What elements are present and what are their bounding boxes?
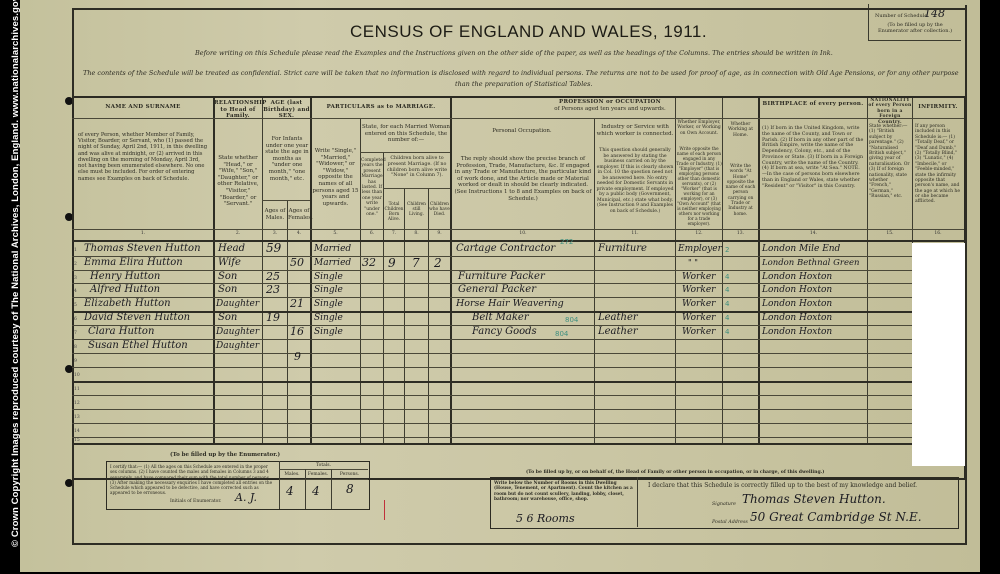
females-label: Females. <box>305 472 331 478</box>
employment-status: Worker <box>682 285 715 295</box>
row-number: 3 <box>74 276 77 281</box>
row-divider <box>72 437 964 438</box>
age-male: 19 <box>266 311 280 324</box>
divider <box>72 443 74 543</box>
relationship: Head <box>218 243 245 254</box>
children-died: 2 <box>434 256 442 270</box>
person-name: Clara Hutton <box>88 326 154 337</box>
occupation: Horse Hair Weavering <box>456 298 564 309</box>
birthplace: London Hoxton <box>762 327 832 337</box>
birthplace: London Hoxton <box>762 299 832 309</box>
header-children-total: Total Children Born Alive. <box>384 202 404 223</box>
row-number: 1 <box>74 248 77 253</box>
marital-status: Single <box>314 285 343 295</box>
divider <box>383 188 450 189</box>
relationship: Wife <box>218 257 241 268</box>
occupation-code: 804 <box>555 330 568 338</box>
industry: Leather <box>598 326 638 337</box>
row-number: 12 <box>74 401 80 406</box>
occupation: Furniture Packer <box>458 271 545 282</box>
header-married-woman-desc: State, for each Married Woman entered on… <box>362 124 450 144</box>
signature-label: Signature <box>712 502 736 508</box>
row-divider <box>72 367 964 368</box>
relationship: Son <box>218 312 237 323</box>
divider <box>428 188 429 443</box>
person-name: David Steven Hutton <box>84 312 190 323</box>
header-age: AGE (last Birthday) and SEX. <box>263 100 310 120</box>
divider <box>404 188 405 443</box>
rooms-value: 5 6 Rooms <box>516 512 575 525</box>
postal-address: 50 Great Cambridge St N.E. <box>750 510 922 524</box>
instruction-line-2: The contents of the Schedule will be tre… <box>83 69 959 77</box>
children-born: 9 <box>388 256 396 270</box>
page-title: CENSUS OF ENGLAND AND WALES, 1911. <box>350 22 707 42</box>
header-children-desc: Children born alive to present Marriage.… <box>384 156 450 179</box>
col-number: 1. <box>74 231 212 236</box>
age-male: 25 <box>266 270 280 283</box>
header-name-desc: of every Person, whether Member of Famil… <box>78 132 210 182</box>
header-children-died: Children who have Died. <box>429 202 450 217</box>
header-years-married: Completed years the present Marriage has… <box>361 158 383 217</box>
age-female: 9 <box>294 350 301 363</box>
employment-status: Worker <box>682 299 715 309</box>
header-employer-desc: Write opposite the name of each person e… <box>676 146 722 227</box>
col-number: 16. <box>913 231 963 236</box>
children-living: 7 <box>412 256 420 270</box>
employment-status: " " <box>688 258 698 267</box>
header-age-males: Ages of Males. <box>263 208 287 221</box>
age-female: 21 <box>290 297 304 310</box>
header-infirmity: INFIRMITY. <box>913 104 963 111</box>
industry: Furniture <box>598 243 647 254</box>
divider <box>965 5 967 545</box>
row-divider <box>72 409 964 410</box>
relationship: Son <box>218 271 237 282</box>
schedule-number-label: Number of Schedule <box>875 13 927 19</box>
row-divider <box>72 381 964 383</box>
row-number: 8 <box>74 345 77 350</box>
employment-code: 4 <box>725 286 729 294</box>
age-male: 59 <box>266 241 281 255</box>
col-number: 11. <box>595 231 675 236</box>
birthplace: London Hoxton <box>762 272 832 282</box>
marital-status: Single <box>314 299 343 309</box>
row-divider <box>72 395 964 396</box>
employment-status: Employer <box>678 244 722 254</box>
col-number: 2. <box>214 231 262 236</box>
header-personal-occupation-desc: The reply should show the precise branch… <box>454 156 592 202</box>
age-female: 50 <box>290 256 304 269</box>
employment-code: 4 <box>725 314 729 322</box>
divider <box>279 479 368 480</box>
header-personal-occupation: Personal Occupation. <box>452 128 592 135</box>
relationship: Daughter <box>216 341 259 351</box>
header-industry-desc: This question should generally be answer… <box>596 148 674 214</box>
header-marriage: PARTICULARS as to MARRIAGE. <box>311 104 451 111</box>
row-number: 6 <box>74 317 77 322</box>
row-number: 7 <box>74 331 77 336</box>
col-number: 7. <box>384 231 404 236</box>
col-number: 6. <box>361 231 383 236</box>
row-divider <box>72 256 964 257</box>
row-divider <box>72 339 964 340</box>
header-occupation-subtitle: of Persons aged ten years and upwards. <box>540 106 680 113</box>
marital-status: Married <box>314 244 351 254</box>
header-marriage-status-desc: Write "Single," "Married," "Widower," or… <box>312 148 359 207</box>
col-number: 9. <box>429 231 450 236</box>
row-divider <box>72 353 964 354</box>
row-number: 11 <box>74 387 80 392</box>
col-number: 3. <box>263 231 287 236</box>
relationship: Daughter <box>216 299 259 309</box>
row-number: 2 <box>74 262 77 267</box>
enumerator-initials: A. J. <box>235 491 257 504</box>
occupation-code: 272 <box>560 238 573 246</box>
header-infirmity-desc: If any person included in this Schedule … <box>915 124 961 205</box>
signature: Thomas Steven Hutton. <box>742 492 886 506</box>
col-number: 15. <box>868 231 912 236</box>
header-employer: Whether Employer, Worker, or Working on … <box>676 120 722 136</box>
person-name: Thomas Steven Hutton <box>84 243 201 254</box>
birthplace: London Hoxton <box>762 313 832 323</box>
header-industry: Industry or Service with which worker is… <box>596 124 674 137</box>
persons-label: Persons. <box>331 472 368 478</box>
divider <box>360 152 450 153</box>
divider <box>637 477 638 527</box>
col-number: 5. <box>311 231 360 236</box>
col-number: 13. <box>723 231 758 236</box>
divider <box>72 229 964 230</box>
header-name: NAME AND SURNAME <box>74 104 212 111</box>
age-female: 16 <box>290 325 304 338</box>
header-children-living: Children still Living. <box>405 202 428 217</box>
industry: Leather <box>598 312 638 323</box>
row-number: 4 <box>74 289 77 294</box>
person-name: Alfred Hutton <box>90 284 160 295</box>
divider <box>279 469 368 470</box>
age-male: 23 <box>266 283 280 296</box>
census-schedule: CENSUS OF ENGLAND AND WALES, 1911. Befor… <box>20 0 980 572</box>
instruction-line-3: than the preparation of Statistical Tabl… <box>455 80 593 88</box>
row-number: 14 <box>74 429 80 434</box>
redaction-box <box>912 243 965 466</box>
header-relationship-desc: State whether "Head," or "Wife," "Son," … <box>216 155 260 208</box>
rooms-instruction: Write below the Number of Rooms in this … <box>494 481 634 502</box>
marital-status: Married <box>314 258 351 268</box>
employment-status: Worker <box>682 327 715 337</box>
header-home-desc: Write the words "At Home" opposite the n… <box>723 164 758 217</box>
divider <box>72 543 967 545</box>
employment-status: Worker <box>682 313 715 323</box>
person-name: Elizabeth Hutton <box>84 298 171 309</box>
header-relationship: RELATIONSHIP to Head of Family. <box>214 100 262 120</box>
marital-status: Single <box>314 313 343 323</box>
relationship: Daughter <box>216 327 259 337</box>
occupation: General Packer <box>458 284 536 295</box>
header-age-desc: For Infants under one year state the age… <box>265 136 309 182</box>
males-label: Males. <box>279 472 305 478</box>
row-divider <box>72 423 964 424</box>
divider <box>72 240 964 242</box>
col-number: 12. <box>676 231 722 236</box>
totals-label: Totals. <box>279 463 368 469</box>
enumerator-heading: (To be filled up by the Enumerator.) <box>170 452 280 459</box>
row-divider <box>72 443 964 445</box>
total-persons: 8 <box>346 482 354 496</box>
col-number: 8. <box>405 231 428 236</box>
birthplace: London Mile End <box>762 244 840 254</box>
occupation: Cartage Contractor <box>456 243 555 254</box>
instruction-line-1: Before writing on this Schedule please r… <box>195 49 833 57</box>
row-number: 5 <box>74 303 77 308</box>
employment-code: 2 <box>725 246 729 254</box>
divider <box>72 8 74 98</box>
header-occupation: PROFESSION or OCCUPATION <box>540 99 680 106</box>
schedule-number-note: (To be filled up by the Enumerator after… <box>875 22 955 34</box>
row-number: 9 <box>74 359 77 364</box>
person-name: Henry Hutton <box>90 271 160 282</box>
employment-code: 4 <box>725 328 729 336</box>
divider <box>262 200 310 201</box>
birthplace: London Hoxton <box>762 285 832 295</box>
person-name: Emma Elira Hutton <box>84 257 183 268</box>
marital-status: Single <box>314 327 343 337</box>
col-number: 14. <box>760 231 867 236</box>
divider <box>72 8 967 10</box>
total-males: 4 <box>286 484 294 498</box>
person-name: Susan Ethel Hutton <box>88 340 188 351</box>
marital-status: Single <box>314 272 343 282</box>
divider <box>72 118 964 119</box>
birthplace: London Bethnal Green <box>762 258 860 268</box>
occupation-code: 804 <box>565 316 578 324</box>
header-age-females: Ages of Females. <box>288 208 310 221</box>
red-mark <box>384 500 385 520</box>
employment-code: 4 <box>725 300 729 308</box>
header-birthplace: BIRTHPLACE of every person. <box>760 101 866 108</box>
total-females: 4 <box>312 484 320 498</box>
col-number: 10. <box>452 231 594 236</box>
header-nationality-desc: State whether:— (1) "British subject by … <box>869 124 911 199</box>
employment-status: Worker <box>682 272 715 282</box>
address-label: Postal Address <box>712 520 748 526</box>
row-number: 15 <box>74 438 80 443</box>
head-section-heading: (To be filled up by, or on behalf of, th… <box>526 470 824 476</box>
header-nationality: NATIONALITY of every Person born in a Fo… <box>868 98 912 125</box>
header-birthplace-desc: (1) If born in the United Kingdom, write… <box>762 126 864 189</box>
years-married: 32 <box>362 256 376 269</box>
header-home: Whether Working at Home. <box>723 122 758 138</box>
col-number: 4. <box>288 231 310 236</box>
row-number: 10 <box>74 373 80 378</box>
relationship: Son <box>218 284 237 295</box>
divider <box>287 200 288 443</box>
row-number: 13 <box>74 415 80 420</box>
occupation: Belt Maker <box>472 312 529 323</box>
employment-code: 4 <box>725 273 729 281</box>
occupation: Fancy Goods <box>472 326 537 337</box>
enumerator-initials-label: Initials of Enumerator. <box>170 499 221 505</box>
declaration: I declare that this Schedule is correctl… <box>648 482 917 490</box>
